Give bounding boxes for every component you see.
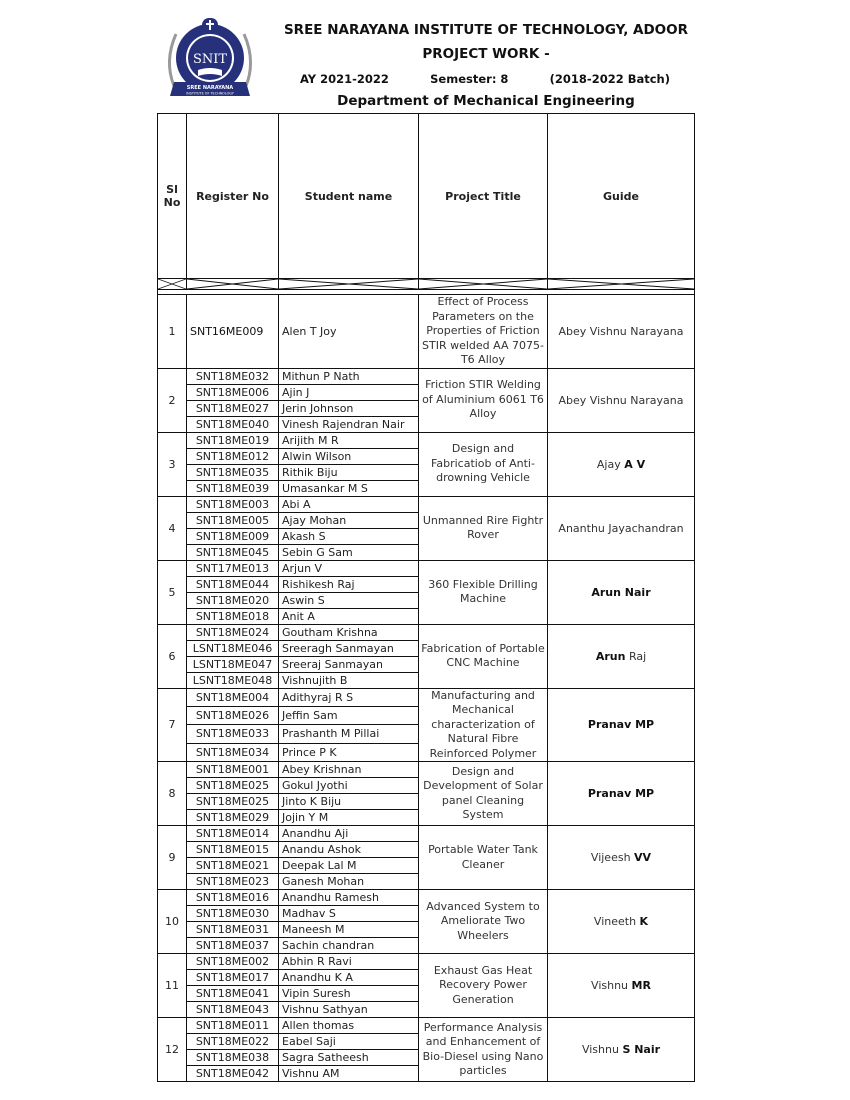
guide-name: Vishnu MR [548,954,695,1018]
student-name: Anandhu K A [279,970,419,986]
student-name: Umasankar M S [279,480,419,496]
student-name: Jerin Johnson [279,400,419,416]
table-row: 7SNT18ME004Adithyraj R SManufacturing an… [158,688,695,706]
student-name: Rishikesh Raj [279,576,419,592]
student-name: Madhav S [279,906,419,922]
register-no: SNT18ME016 [187,890,279,906]
session-info: AY 2021-2022 Semester: 8 (2018-2022 Batc… [300,72,670,86]
institute-name: SREE NARAYANA INSTITUTE OF TECHNOLOGY, A… [276,22,696,38]
student-name: Alen T Joy [279,295,419,369]
project-title: Manufacturing and Mechanical characteriz… [419,688,548,762]
student-name: Vishnu Sathyan [279,1002,419,1018]
sl-no: 9 [158,826,187,890]
sl-no: 2 [158,368,187,432]
col-register-no: Register No [187,114,279,279]
register-no: SNT18ME044 [187,576,279,592]
register-no: SNT18ME031 [187,922,279,938]
sl-no: 12 [158,1018,187,1082]
department-name: Department of Mechanical Engineering [276,93,696,109]
project-title: Design and Fabricatiob of Anti-drowning … [419,432,548,496]
sl-no: 5 [158,560,187,624]
register-no: SNT18ME012 [187,448,279,464]
snit-logo: SNIT SREE NARAYANA INSTITUTE OF TECHNOLO… [160,16,260,108]
table-row: 5SNT17ME013Arjun V360 Flexible Drilling … [158,560,695,576]
guide-name: Ananthu Jayachandran [548,496,695,560]
register-no: SNT17ME013 [187,560,279,576]
student-name: Abi A [279,496,419,512]
project-title: Friction STIR Welding of Aluminium 6061 … [419,368,548,432]
sl-no: 8 [158,762,187,826]
table-row: 4SNT18ME003Abi AUnmanned Rire Fightr Rov… [158,496,695,512]
sl-no: 3 [158,432,187,496]
register-no: SNT18ME034 [187,743,279,761]
register-no: SNT18ME024 [187,624,279,640]
register-no: SNT18ME025 [187,794,279,810]
register-no: SNT18ME038 [187,1050,279,1066]
student-name: Adithyraj R S [279,688,419,706]
register-no: SNT18ME014 [187,826,279,842]
guide-name: Vineeth K [548,890,695,954]
col-guide: Guide [548,114,695,279]
register-no: SNT18ME021 [187,858,279,874]
register-no: SNT18ME004 [187,688,279,706]
student-name: Abhin R Ravi [279,954,419,970]
register-no: SNT18ME027 [187,400,279,416]
project-title: Fabrication of Portable CNC Machine [419,624,548,688]
sl-no: 6 [158,624,187,688]
table-header-row: Sl No Register No Student name Project T… [158,114,695,279]
student-name: Ajay Mohan [279,512,419,528]
guide-name: Arun Nair [548,560,695,624]
student-name: Ganesh Mohan [279,874,419,890]
project-table-body: 1SNT16ME009Alen T JoyEffect of Process P… [158,295,695,1082]
student-name: Vishnu AM [279,1066,419,1082]
student-name: Anandu Ashok [279,842,419,858]
register-no: SNT16ME009 [187,295,279,369]
sl-no: 11 [158,954,187,1018]
register-no: SNT18ME011 [187,1018,279,1034]
guide-name: Abey Vishnu Narayana [548,295,695,369]
register-no: SNT18ME001 [187,762,279,778]
register-no: SNT18ME026 [187,706,279,724]
student-name: Eabel Saji [279,1034,419,1050]
student-name: Goutham Krishna [279,624,419,640]
table-row: 11SNT18ME002Abhin R RaviExhaust Gas Heat… [158,954,695,970]
guide-name: Abey Vishnu Narayana [548,368,695,432]
register-no: SNT18ME033 [187,725,279,743]
sl-no: 7 [158,688,187,762]
register-no: SNT18ME043 [187,1002,279,1018]
table-row: 2SNT18ME032Mithun P NathFriction STIR We… [158,368,695,384]
student-name: Arijith M R [279,432,419,448]
student-name: Abey Krishnan [279,762,419,778]
student-name: Ajin J [279,384,419,400]
register-no: LSNT18ME046 [187,640,279,656]
register-no: SNT18ME032 [187,368,279,384]
register-no: SNT18ME009 [187,528,279,544]
student-name: Deepak Lal M [279,858,419,874]
guide-name: Vishnu S Nair [548,1018,695,1082]
project-title: Exhaust Gas Heat Recovery Power Generati… [419,954,548,1018]
table-row: 12SNT18ME011Allen thomasPerformance Anal… [158,1018,695,1034]
student-name: Vishnujith B [279,672,419,688]
register-no: SNT18ME025 [187,778,279,794]
student-name: Prince P K [279,743,419,761]
student-name: Gokul Jyothi [279,778,419,794]
guide-name: Pranav MP [548,688,695,762]
table-row: 1SNT16ME009Alen T JoyEffect of Process P… [158,295,695,369]
register-no: SNT18ME006 [187,384,279,400]
student-name: Sreeragh Sanmayan [279,640,419,656]
register-no: SNT18ME023 [187,874,279,890]
col-sl-no: Sl No [158,114,187,279]
student-name: Sreeraj Sanmayan [279,656,419,672]
register-no: LSNT18ME047 [187,656,279,672]
project-title: Effect of Process Parameters on the Prop… [419,295,548,369]
project-title: Performance Analysis and Enhancement of … [419,1018,548,1082]
register-no: SNT18ME037 [187,938,279,954]
student-name: Allen thomas [279,1018,419,1034]
table-row: 10SNT18ME016Anandhu RameshAdvanced Syste… [158,890,695,906]
svg-text:SREE NARAYANA: SREE NARAYANA [187,85,234,91]
col-project-title: Project Title [419,114,548,279]
project-table: Sl No Register No Student name Project T… [157,113,695,1082]
project-title: Advanced System to Ameliorate Two Wheele… [419,890,548,954]
student-name: Akash S [279,528,419,544]
register-no: SNT18ME020 [187,592,279,608]
student-name: Arjun V [279,560,419,576]
student-name: Anandhu Ramesh [279,890,419,906]
academic-year: AY 2021-2022 [300,72,389,86]
header-filler-row [158,279,695,290]
register-no: LSNT18ME048 [187,672,279,688]
guide-name: Arun Raj [548,624,695,688]
table-row: 6SNT18ME024Goutham KrishnaFabrication of… [158,624,695,640]
table-row: 3SNT18ME019Arijith M RDesign and Fabrica… [158,432,695,448]
guide-name: Vijeesh VV [548,826,695,890]
register-no: SNT18ME002 [187,954,279,970]
register-no: SNT18ME018 [187,608,279,624]
col-student-name: Student name [279,114,419,279]
student-name: Sachin chandran [279,938,419,954]
sl-no: 4 [158,496,187,560]
student-name: Prashanth M Pillai [279,725,419,743]
register-no: SNT18ME030 [187,906,279,922]
register-no: SNT18ME017 [187,970,279,986]
student-name: Vinesh Rajendran Nair [279,416,419,432]
semester: Semester: 8 [430,72,508,86]
register-no: SNT18ME045 [187,544,279,560]
sl-no: 1 [158,295,187,369]
student-name: Aswin S [279,592,419,608]
project-title: Design and Development of Solar panel Cl… [419,762,548,826]
student-name: Sagra Satheesh [279,1050,419,1066]
guide-name: Ajay A V [548,432,695,496]
table-row: 8SNT18ME001Abey KrishnanDesign and Devel… [158,762,695,778]
register-no: SNT18ME015 [187,842,279,858]
svg-text:SNIT: SNIT [193,52,227,67]
student-name: Anit A [279,608,419,624]
table-row: 9SNT18ME014Anandhu AjiPortable Water Tan… [158,826,695,842]
student-name: Jojin Y M [279,810,419,826]
student-name: Jinto K Biju [279,794,419,810]
student-name: Vipin Suresh [279,986,419,1002]
project-title: Portable Water Tank Cleaner [419,826,548,890]
student-name: Jeffin Sam [279,706,419,724]
project-title: 360 Flexible Drilling Machine [419,560,548,624]
student-name: Mithun P Nath [279,368,419,384]
student-name: Maneesh M [279,922,419,938]
register-no: SNT18ME003 [187,496,279,512]
register-no: SNT18ME029 [187,810,279,826]
register-no: SNT18ME019 [187,432,279,448]
register-no: SNT18ME041 [187,986,279,1002]
student-name: Alwin Wilson [279,448,419,464]
register-no: SNT18ME042 [187,1066,279,1082]
student-name: Anandhu Aji [279,826,419,842]
batch: (2018-2022 Batch) [550,72,670,86]
register-no: SNT18ME035 [187,464,279,480]
register-no: SNT18ME040 [187,416,279,432]
register-no: SNT18ME039 [187,480,279,496]
sl-no: 10 [158,890,187,954]
student-name: Sebin G Sam [279,544,419,560]
project-title: Unmanned Rire Fightr Rover [419,496,548,560]
student-name: Rithik Biju [279,464,419,480]
register-no: SNT18ME005 [187,512,279,528]
svg-text:INSTITUTE OF TECHNOLOGY: INSTITUTE OF TECHNOLOGY [186,92,235,96]
document-subtitle: PROJECT WORK - [276,46,696,62]
guide-name: Pranav MP [548,762,695,826]
register-no: SNT18ME022 [187,1034,279,1050]
